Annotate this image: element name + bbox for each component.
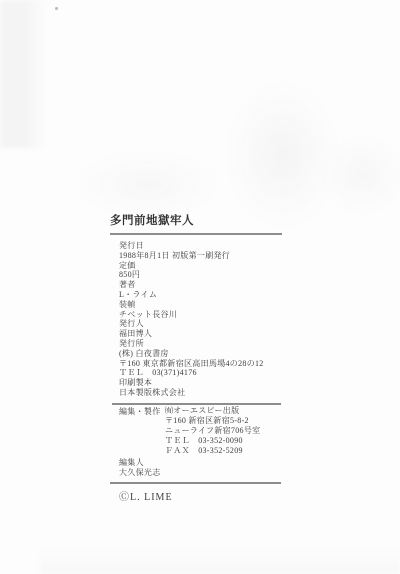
editing-company: ㈲オーエスピー出版 [165,406,260,416]
editing-address: 〒160 新宿区新宿5-8-2 [165,416,260,426]
colophon-line-label: 装幀 [119,300,349,310]
editing-phone: ＴＥＬ 03-352-0090 [165,436,260,446]
editor-name: 大久保光志 [119,467,161,478]
colophon-block: 発行日 1988年8月1日 初版第一刷発行 定価 850円 著者 L・ライム 装… [119,241,349,398]
book-title: 多門前地獄牢人 [110,212,194,228]
colophon-line-author: L・ライム [119,290,349,300]
colophon-line-designer: チベット長谷川 [119,310,349,320]
colophon-line-address: 〒160 東京都新宿区高田馬場4の28の12 [119,359,349,369]
scan-artifact-dot [55,7,58,10]
scan-artifact-bottom [40,548,400,574]
scan-artifact-blob [225,80,340,230]
copyright-line: ⒸL. LIME [119,488,173,503]
colophon-line-publisher-person: 福田博人 [119,329,349,339]
colophon-line-label: 発行日 [119,241,349,251]
colophon-line-price: 850円 [119,270,349,280]
scan-artifact-blob [75,150,220,220]
colophon-line-phone: ＴＥＬ 03(371)4176 [119,368,349,378]
colophon-line-publishing-house: (株) 白夜書房 [119,349,349,359]
title-underline [110,233,282,235]
colophon-line-label: 定価 [119,261,349,271]
colophon-line-publication-date: 1988年8月1日 初版第一刷発行 [119,251,349,261]
scan-artifact-blob [320,135,400,215]
divider [112,403,281,405]
scanned-colophon-page: 多門前地獄牢人 発行日 1988年8月1日 初版第一刷発行 定価 850円 著者… [0,0,400,574]
divider [110,482,281,484]
editing-fax: ＦＡＸ 03-352-5209 [165,446,260,456]
scan-artifact-left-strip [0,0,46,148]
colophon-line-printer: 日本製版株式会社 [119,388,349,398]
colophon-line-label: 印刷製本 [119,378,349,388]
editing-block: ㈲オーエスピー出版 〒160 新宿区新宿5-8-2 ニューライフ新宿706号室 … [165,406,260,456]
colophon-line-label: 発行人 [119,319,349,329]
colophon-line-label: 発行所 [119,339,349,349]
colophon-line-label: 著者 [119,280,349,290]
editing-address-room: ニューライフ新宿706号室 [165,426,260,436]
editing-label: 編集・製作 [119,406,161,417]
